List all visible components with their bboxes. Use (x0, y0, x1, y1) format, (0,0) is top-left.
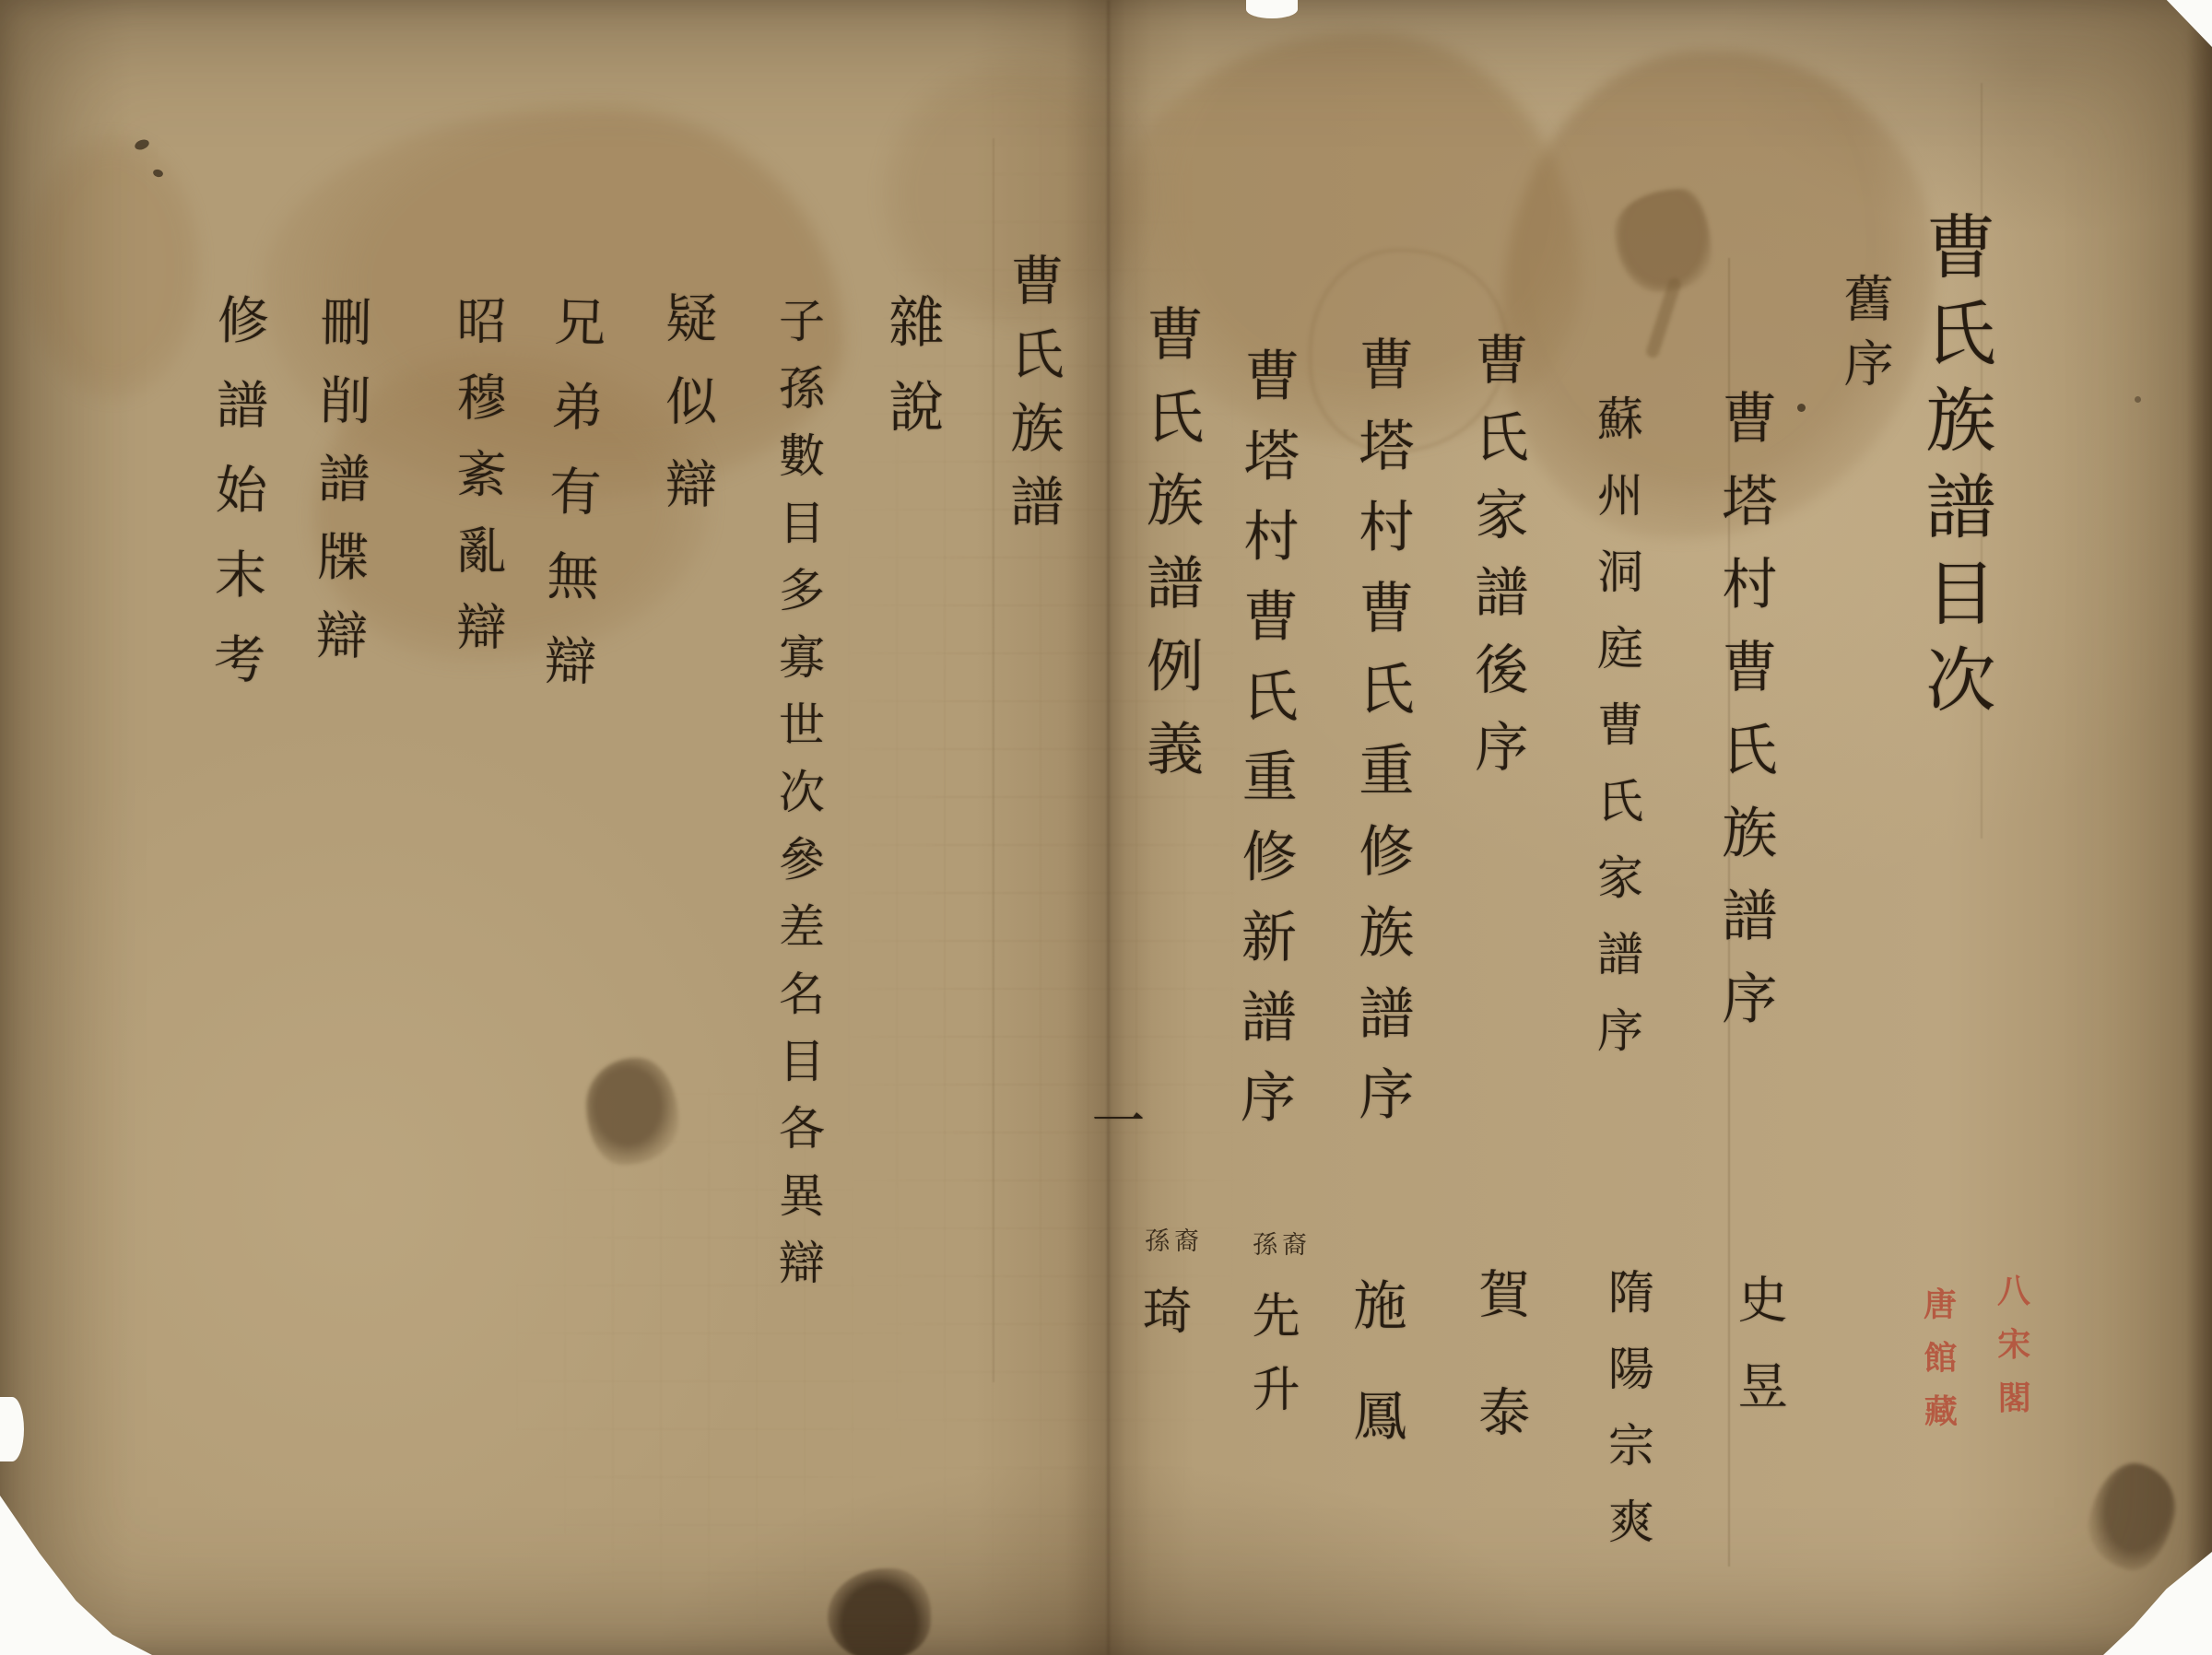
speck-2 (152, 169, 164, 179)
collector-seal-right-column: 八宋閣 (1994, 1273, 2030, 1457)
toc-entry-4: 曹塔村曹氏重修新譜序 (1234, 346, 1296, 1176)
toc-entry-4-author: 先升 (1246, 1290, 1296, 1474)
toc-entry-1: 蘇州洞庭曹氏家譜序 (1593, 394, 1641, 1122)
crease-line-4 (993, 138, 994, 1382)
stain-left-lower (313, 350, 710, 663)
toc-entry-5-author-prefix: 裔孫 (1132, 1227, 1198, 1262)
blob-bottom-center (828, 1568, 931, 1655)
toc-entry-3-author: 施鳳 (1347, 1277, 1403, 1526)
torn-corner-bottom-left (0, 1485, 152, 1655)
stain-leaf-stem (1644, 276, 1682, 359)
genealogy-scan: 曹氏族譜目次 舊序 曹塔村曹氏族譜序 史昱 蘇州洞庭曹氏家譜序 隋陽宗爽 曹氏家… (0, 0, 2212, 1655)
left-entry-1: 疑似辯 (660, 291, 713, 568)
torn-sliver-left (0, 1397, 24, 1461)
stain-left-edge (23, 134, 203, 401)
toc-section-old-prefaces: 舊序 (1839, 273, 1890, 439)
toc-entry-5: 曹氏族譜例義 (1140, 304, 1199, 829)
left-entry-4: 刪削譜牒辯 (310, 295, 369, 701)
collector-seal-left-column: 唐館藏 (1921, 1286, 1956, 1466)
right-page-edge (2186, 0, 2212, 1655)
toc-entry-2-author: 賀泰 (1473, 1267, 1526, 1479)
left-entry-0: 子孫數目多寡世次參差名目各異辯 (774, 297, 822, 1329)
toc-entry-4-author-prefix: 裔孫 (1240, 1231, 1306, 1266)
left-entry-3: 昭穆紊亂辯 (452, 295, 503, 691)
crease-line-1 (1107, 0, 1110, 1655)
torn-corner-bottom-right (2103, 1552, 2212, 1655)
speck-3 (1797, 404, 1806, 412)
toc-entry-3: 曹塔村曹氏重修族譜序 (1353, 335, 1410, 1174)
left-page-header: 曹氏族譜 (1005, 252, 1060, 566)
toc-entry-0-author: 史昱 (1733, 1274, 1784, 1467)
torn-corner-top-right (2157, 0, 2212, 53)
meander-pattern-overlay-2 (516, 1087, 912, 1622)
toc-entry-0: 曹塔村曹氏族譜序 (1716, 389, 1773, 1108)
page-gutter (1065, 0, 1152, 1655)
torn-notch-top (1246, 0, 1298, 18)
toc-entry-5-author: 琦 (1137, 1285, 1189, 1377)
blob-bottom-right (2080, 1456, 2183, 1577)
page-number: 一 (1086, 1093, 1141, 1167)
blob-left-center (586, 1058, 678, 1165)
left-entry-5: 修譜始末考 (207, 293, 265, 732)
toc-title: 曹氏族譜目次 (1919, 210, 1992, 763)
left-entry-2: 兄弟有無辯 (537, 294, 604, 737)
stain-leaf-shape (1615, 189, 1712, 292)
toc-entry-1-author: 隋陽宗爽 (1604, 1268, 1652, 1600)
toc-entry-2: 曹氏家譜後序 (1469, 332, 1524, 820)
left-section-misc: 雜說 (883, 293, 940, 487)
speck-1 (134, 138, 150, 152)
speck-4 (2135, 396, 2141, 403)
collector-seal: 八宋閣 唐館藏 (1919, 1273, 2031, 1462)
